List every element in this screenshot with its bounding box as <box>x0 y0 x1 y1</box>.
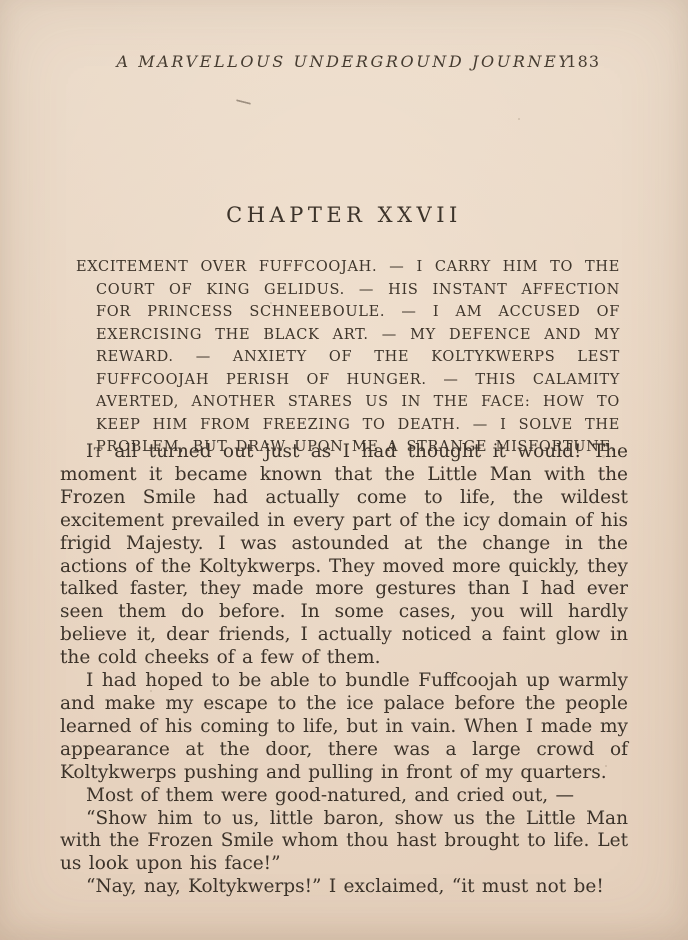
chapter-synopsis: EXCITEMENT OVER FUFFCOOJAH. — I CARRY HI… <box>76 256 620 459</box>
paragraph-4: “Show him to us, little baron, show us t… <box>60 808 628 877</box>
page-number: 183 <box>566 52 600 71</box>
paper-speck <box>604 540 606 542</box>
body-text: It all turned out just as I had thought … <box>60 441 628 899</box>
paragraph-1-lead: It <box>86 441 103 462</box>
paper-speck <box>605 765 607 767</box>
pencil-mark <box>236 99 251 105</box>
paragraph-1: It all turned out just as I had thought … <box>60 441 628 670</box>
paragraph-2: I had hoped to be able to bundle Fuffcoo… <box>60 670 628 785</box>
paper-speck <box>518 118 520 120</box>
running-header-title: A MARVELLOUS UNDERGROUND JOURNEY <box>116 52 571 71</box>
paper-speck <box>150 690 152 692</box>
paper-speck <box>601 610 604 612</box>
book-page: A MARVELLOUS UNDERGROUND JOURNEY 183 CHA… <box>0 0 688 940</box>
paper-speck <box>602 455 605 458</box>
paragraph-1-text: all turned out just as I had thought it … <box>60 441 628 668</box>
chapter-heading: CHAPTER XXVII <box>0 203 688 227</box>
running-header: A MARVELLOUS UNDERGROUND JOURNEY 183 <box>0 52 688 71</box>
paragraph-5: “Nay, nay, Koltykwerps!” I exclaimed, “i… <box>60 876 628 899</box>
paper-speck <box>603 700 605 703</box>
paper-speck <box>270 302 272 304</box>
paragraph-3: Most of them were good-natured, and crie… <box>60 785 628 808</box>
